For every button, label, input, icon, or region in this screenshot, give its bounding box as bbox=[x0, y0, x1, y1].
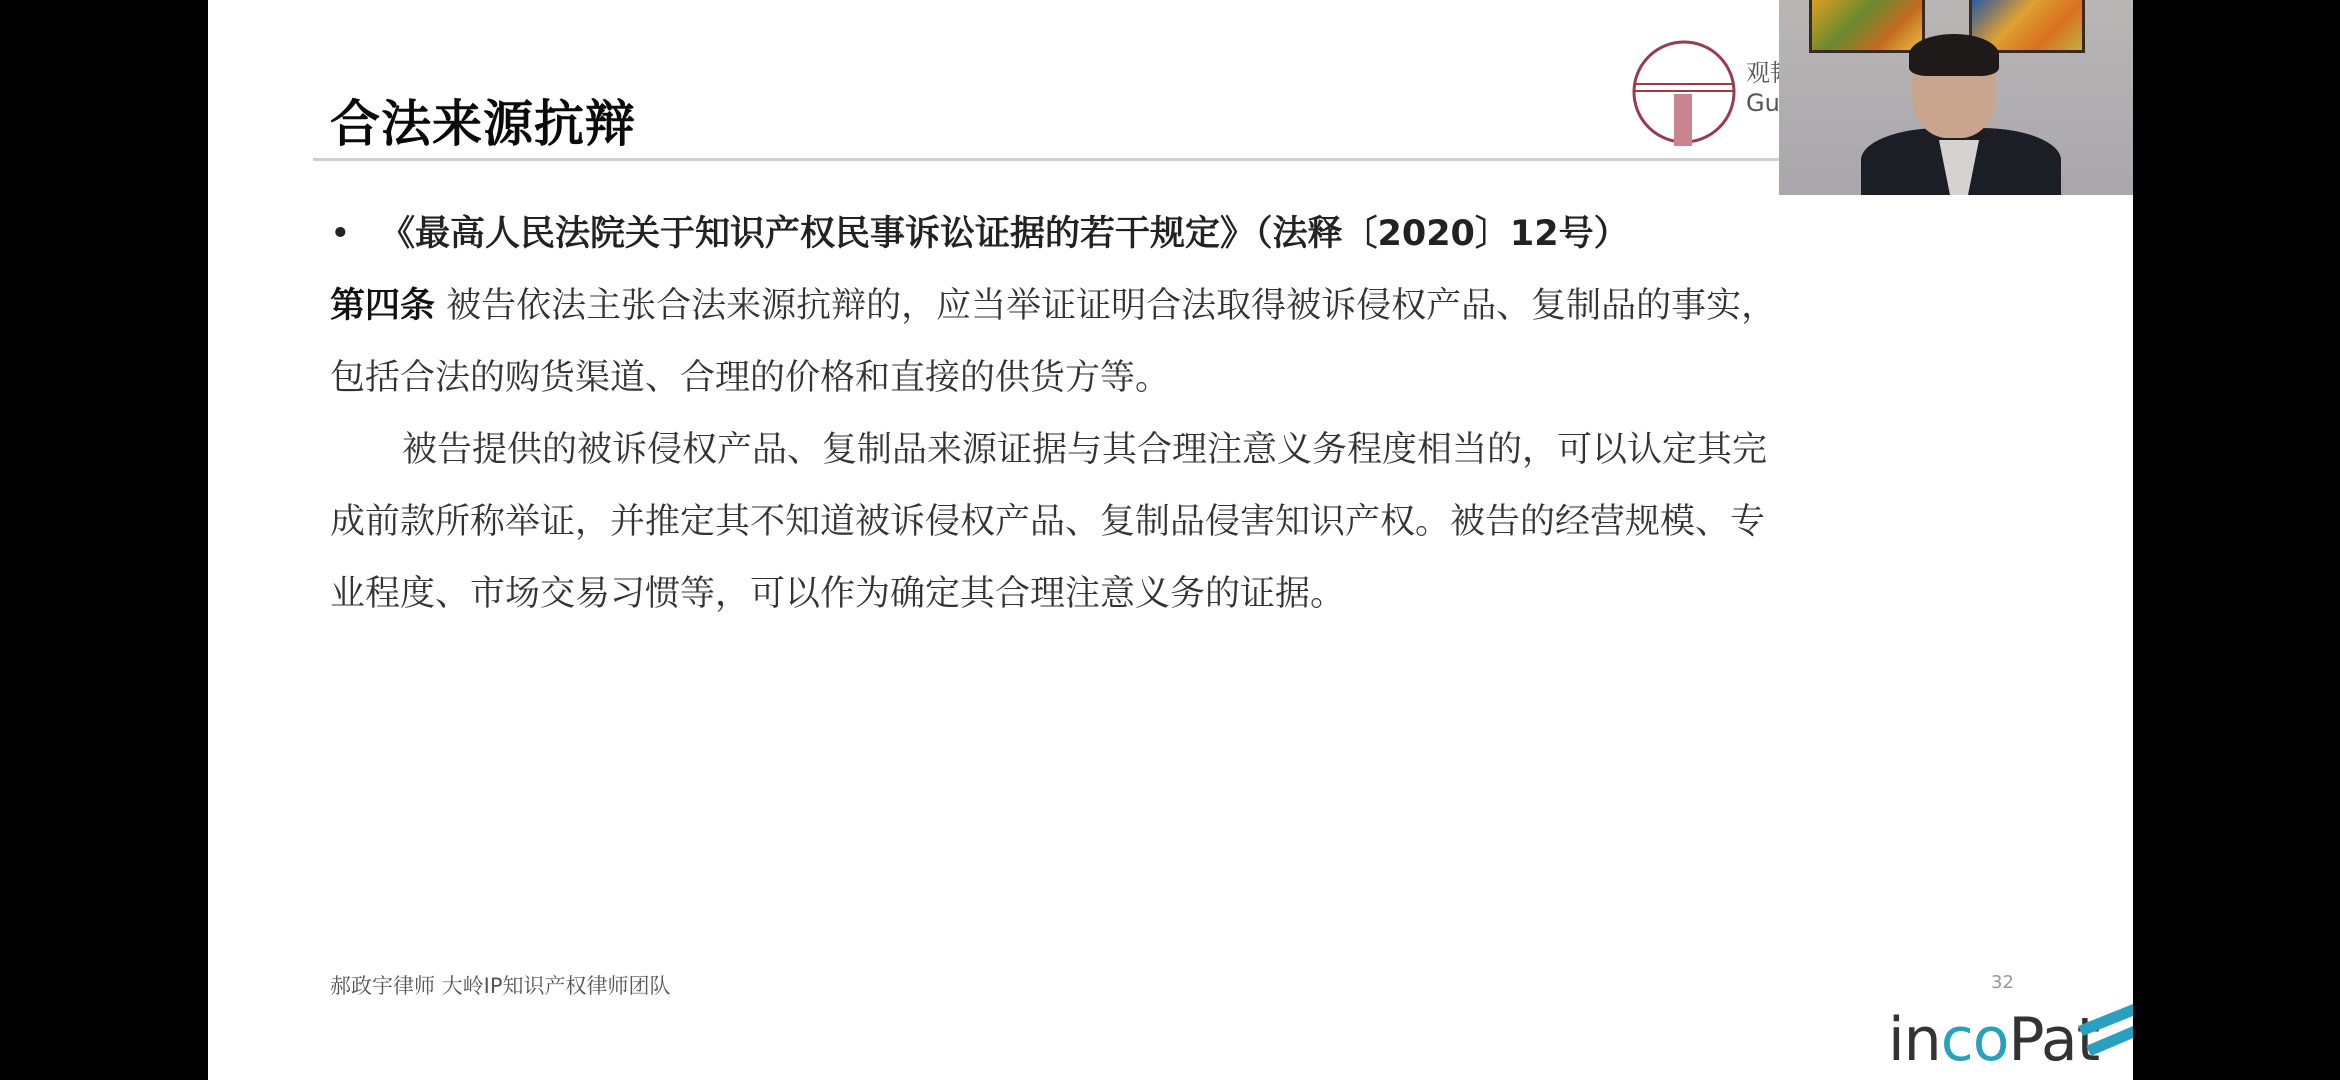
article-line-3: 被告提供的被诉侵权产品、复制品来源证据与其合理注意义务程度相当的，可以认定其完 bbox=[330, 414, 1990, 486]
brand-co: co bbox=[1941, 1005, 2009, 1075]
regulation-bullet: •《最高人民法院关于知识产权民事诉讼证据的若干规定》（法释〔2020〕12号） bbox=[330, 198, 1990, 270]
presenter-video[interactable] bbox=[1779, 0, 2133, 195]
incopat-stripes-icon bbox=[2078, 1004, 2133, 1064]
article-line-5: 业程度、市场交易习惯等，可以作为确定其合理注意义务的证据。 bbox=[330, 558, 1990, 630]
brand-prefix: in bbox=[1888, 1005, 1941, 1075]
slide-title: 合法来源抗辩 bbox=[330, 84, 636, 156]
article-label: 第四条 bbox=[330, 286, 435, 326]
page-number: 32 bbox=[1991, 972, 2014, 993]
article-line-2: 包括合法的购货渠道、合理的价格和直接的供货方等。 bbox=[330, 342, 1990, 414]
article-line-4: 成前款所称举证，并推定其不知道被诉侵权产品、复制品侵害知识产权。被告的经营规模、… bbox=[330, 486, 1990, 558]
bullet-icon: • bbox=[330, 198, 380, 270]
wall-painting bbox=[1809, 0, 1925, 53]
law-firm-logo-icon bbox=[1626, 36, 1742, 148]
regulation-title: 《最高人民法院关于知识产权民事诉讼证据的若干规定》（法释〔2020〕12号） bbox=[380, 214, 1629, 254]
article-text: 被告依法主张合法来源抗辩的，应当举证证明合法取得被诉侵权产品、复制品的事实， bbox=[435, 286, 1776, 326]
presenter-hair bbox=[1909, 34, 1999, 76]
slide-body: •《最高人民法院关于知识产权民事诉讼证据的若干规定》（法释〔2020〕12号） … bbox=[330, 198, 1990, 630]
title-divider bbox=[313, 158, 1783, 161]
article-line-1: 第四条 被告依法主张合法来源抗辩的，应当举证证明合法取得被诉侵权产品、复制品的事… bbox=[330, 270, 1990, 342]
footer-author: 郝政宇律师 大岭IP知识产权律师团队 bbox=[330, 970, 671, 1000]
incopat-logo: incoPat bbox=[1888, 1000, 2133, 1080]
